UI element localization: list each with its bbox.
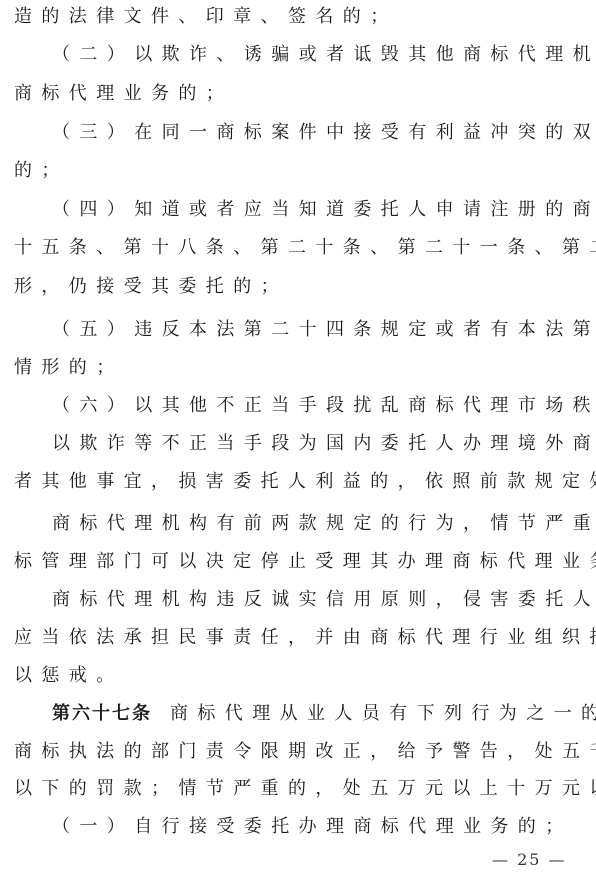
text-line: 商标代理机构有前两款规定的行为，情节严重的，国务院商 bbox=[52, 505, 586, 543]
text-line: 情形的； bbox=[14, 349, 586, 387]
text-line: 者其他事宜，损害委托人利益的，依照前款规定处理。 bbox=[14, 463, 586, 501]
text-line: 商标代理业务的； bbox=[14, 75, 586, 113]
text-line: （六）以其他不正当手段扰乱商标代理市场秩序的。 bbox=[52, 387, 586, 425]
text-line: （四）知道或者应当知道委托人申请注册的商标属于本法第 bbox=[52, 191, 586, 229]
document-page: 造的法律文件、印章、签名的； （二）以欺诈、诱骗或者诋毁其他商标代理机构等手段招… bbox=[0, 0, 596, 877]
text-line: （二）以欺诈、诱骗或者诋毁其他商标代理机构等手段招徕 bbox=[52, 36, 586, 74]
text-line: 十五条、第十八条、第二十条、第二十一条、第二十三条规定情 bbox=[14, 229, 586, 267]
article-item: （一）自行接受委托办理商标代理业务的； bbox=[52, 808, 586, 846]
article-first-line: 第六十七条商标代理从业人员有下列行为之一的，由负责 bbox=[52, 695, 586, 733]
text-line: 标管理部门可以决定停止受理其办理商标代理业务，予以公告。 bbox=[14, 543, 586, 581]
text-line: 商标代理机构违反诚实信用原则，侵害委托人合法利益的， bbox=[52, 581, 586, 619]
text-line: 商标执法的部门责令限期改正，给予警告，处五千元以上五万元 bbox=[14, 733, 586, 771]
text-line: 应当依法承担民事责任，并由商标代理行业组织按照章程规定予 bbox=[14, 619, 586, 657]
text-line: 以下的罚款；情节严重的，处五万元以上十万元以下的罚款： bbox=[14, 770, 586, 808]
text-line: （三）在同一商标案件中接受有利益冲突的双方当事人委托 bbox=[52, 114, 586, 152]
article-heading: 第六十七条 bbox=[52, 703, 152, 724]
text-line: 形，仍接受其委托的； bbox=[14, 268, 586, 306]
text-line: 以欺诈等不正当手段为国内委托人办理境外商标注册申请或 bbox=[52, 425, 586, 463]
text-line: 造的法律文件、印章、签名的； bbox=[14, 0, 586, 36]
text-line: 以惩戒。 bbox=[14, 657, 586, 695]
text-line: 的； bbox=[14, 152, 586, 190]
article-text: 商标代理从业人员有下列行为之一的，由负责 bbox=[170, 703, 596, 724]
text-line: （五）违反本法第二十四条规定或者有本法第五十三条规定 bbox=[52, 311, 586, 349]
page-number: — 25 — bbox=[492, 848, 567, 872]
